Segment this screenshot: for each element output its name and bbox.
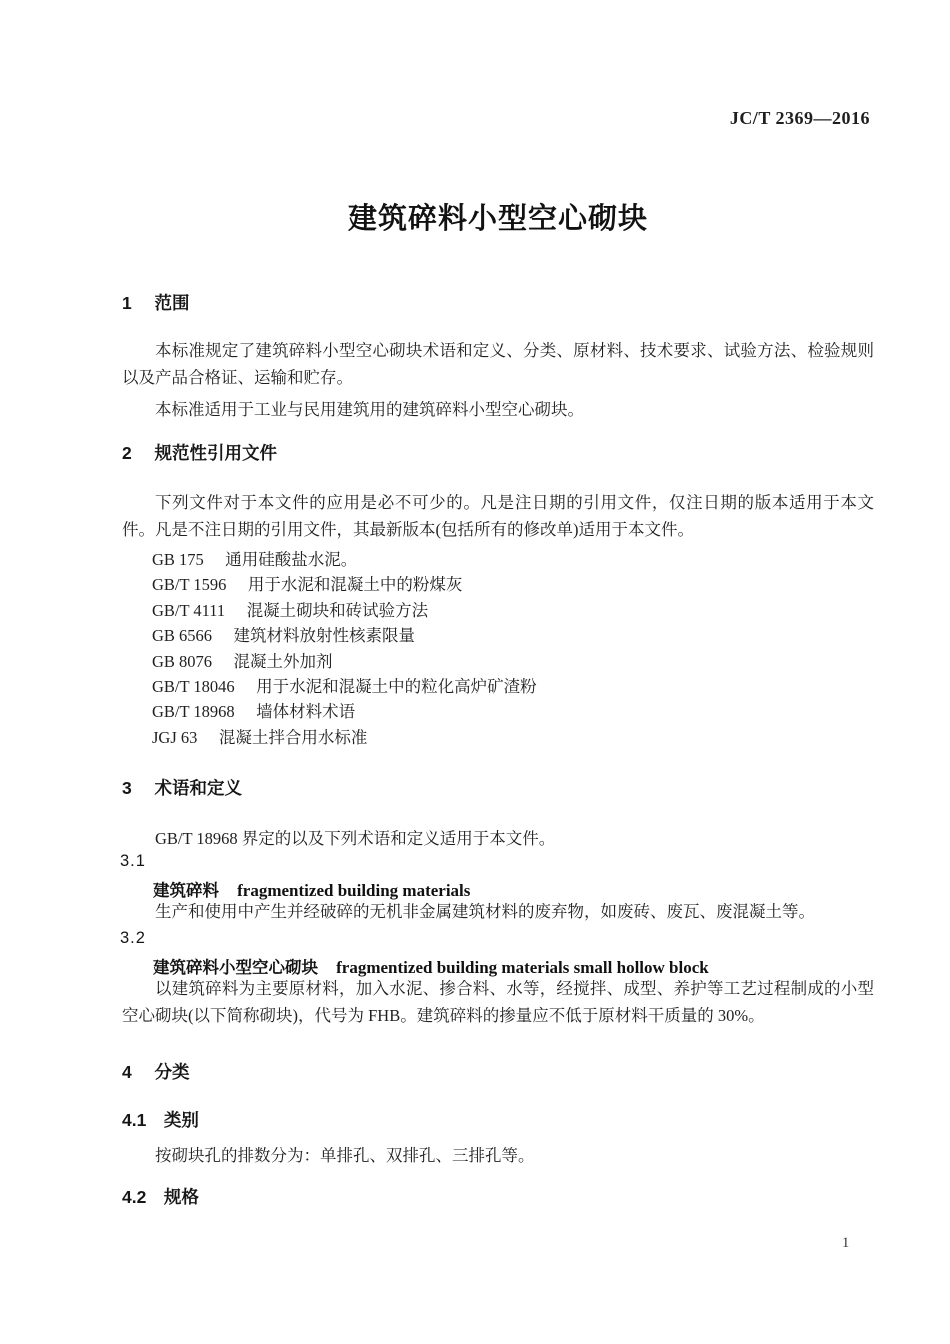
section-4-2-title: 规格: [164, 1187, 199, 1207]
reference-title: 用于水泥和混凝土中的粉煤灰: [248, 575, 463, 594]
section-3-heading: 3术语和定义: [122, 775, 874, 800]
reference-code: GB/T 1596: [152, 572, 226, 597]
reference-code: GB/T 18046: [152, 674, 235, 699]
classification-category-text: 按砌块孔的排数分为：单排孔、双排孔、三排孔等。: [122, 1142, 874, 1169]
section-2-number: 2: [122, 443, 132, 464]
reference-item: GB/T 18046用于水泥和混凝土中的粒化高炉矿渣粉: [122, 674, 874, 699]
reference-code: GB/T 18968: [152, 699, 235, 724]
section-4-number: 4: [122, 1062, 132, 1083]
reference-code: GB/T 4111: [152, 598, 225, 623]
standard-code: JC/T 2369—2016: [730, 108, 870, 129]
section-4-1-title: 类别: [164, 1110, 199, 1130]
section-4-title: 分类: [154, 1062, 189, 1082]
section-1-number: 1: [122, 293, 132, 314]
section-1-title: 范围: [154, 293, 189, 313]
reference-code: JGJ 63: [152, 725, 197, 750]
page-number: 1: [842, 1235, 849, 1252]
reference-item: GB 6566建筑材料放射性核素限量: [122, 623, 874, 648]
scope-paragraph-1: 本标准规定了建筑碎料小型空心砌块术语和定义、分类、原材料、技术要求、试验方法、检…: [122, 337, 874, 391]
reference-code: GB 175: [152, 547, 204, 572]
term-3-2-definition: 以建筑碎料为主要原材料，加入水泥、掺合料、水等，经搅拌、成型、养护等工艺过程制成…: [122, 975, 874, 1029]
reference-item: GB/T 4111混凝土砌块和砖试验方法: [122, 598, 874, 623]
reference-code: GB 6566: [152, 623, 212, 648]
standard-document-page: JC/T 2369—2016 建筑碎料小型空心砌块 1范围 本标准规定了建筑碎料…: [0, 0, 950, 1344]
clause-3-2-label: 3.2: [120, 929, 146, 948]
section-4-2-number: 4.2: [122, 1187, 146, 1208]
scope-paragraph-2: 本标准适用于工业与民用建筑用的建筑碎料小型空心砌块。: [122, 396, 874, 423]
normative-references-intro: 下列文件对于本文件的应用是必不可少的。凡是注日期的引用文件，仅注日期的版本适用于…: [122, 489, 874, 543]
section-4-1-number: 4.1: [122, 1110, 146, 1131]
reference-title: 混凝土拌合用水标准: [219, 728, 368, 747]
reference-title: 用于水泥和混凝土中的粒化高炉矿渣粉: [256, 677, 537, 696]
section-2-title: 规范性引用文件: [154, 443, 277, 463]
section-4-2-heading: 4.2规格: [122, 1184, 874, 1209]
reference-item: GB 175通用硅酸盐水泥。: [122, 547, 874, 572]
section-4-heading: 4分类: [122, 1059, 874, 1084]
clause-3-1-label: 3.1: [120, 852, 146, 871]
terms-intro: GB/T 18968 界定的以及下列术语和定义适用于本文件。: [122, 825, 874, 852]
reference-title: 墙体材料术语: [256, 702, 355, 721]
reference-item: GB/T 18968墙体材料术语: [122, 699, 874, 724]
section-2-heading: 2规范性引用文件: [122, 440, 874, 465]
document-title: 建筑碎料小型空心砌块: [122, 196, 874, 237]
reference-title: 通用硅酸盐水泥。: [225, 550, 357, 569]
reference-title: 混凝土砌块和砖试验方法: [247, 601, 429, 620]
section-3-number: 3: [122, 778, 132, 799]
reference-code: GB 8076: [152, 649, 212, 674]
section-4-1-heading: 4.1类别: [122, 1107, 874, 1132]
section-3-title: 术语和定义: [154, 778, 242, 798]
reference-item: GB 8076混凝土外加剂: [122, 649, 874, 674]
section-1-heading: 1范围: [122, 290, 874, 315]
reference-item: JGJ 63混凝土拌合用水标准: [122, 725, 874, 750]
references-list: GB 175通用硅酸盐水泥。 GB/T 1596用于水泥和混凝土中的粉煤灰 GB…: [122, 547, 874, 750]
reference-title: 混凝土外加剂: [233, 652, 332, 671]
reference-item: GB/T 1596用于水泥和混凝土中的粉煤灰: [122, 572, 874, 597]
reference-title: 建筑材料放射性核素限量: [233, 626, 415, 645]
term-3-1-definition: 生产和使用中产生并经破碎的无机非金属建筑材料的废弃物，如废砖、废瓦、废混凝土等。: [122, 898, 874, 925]
